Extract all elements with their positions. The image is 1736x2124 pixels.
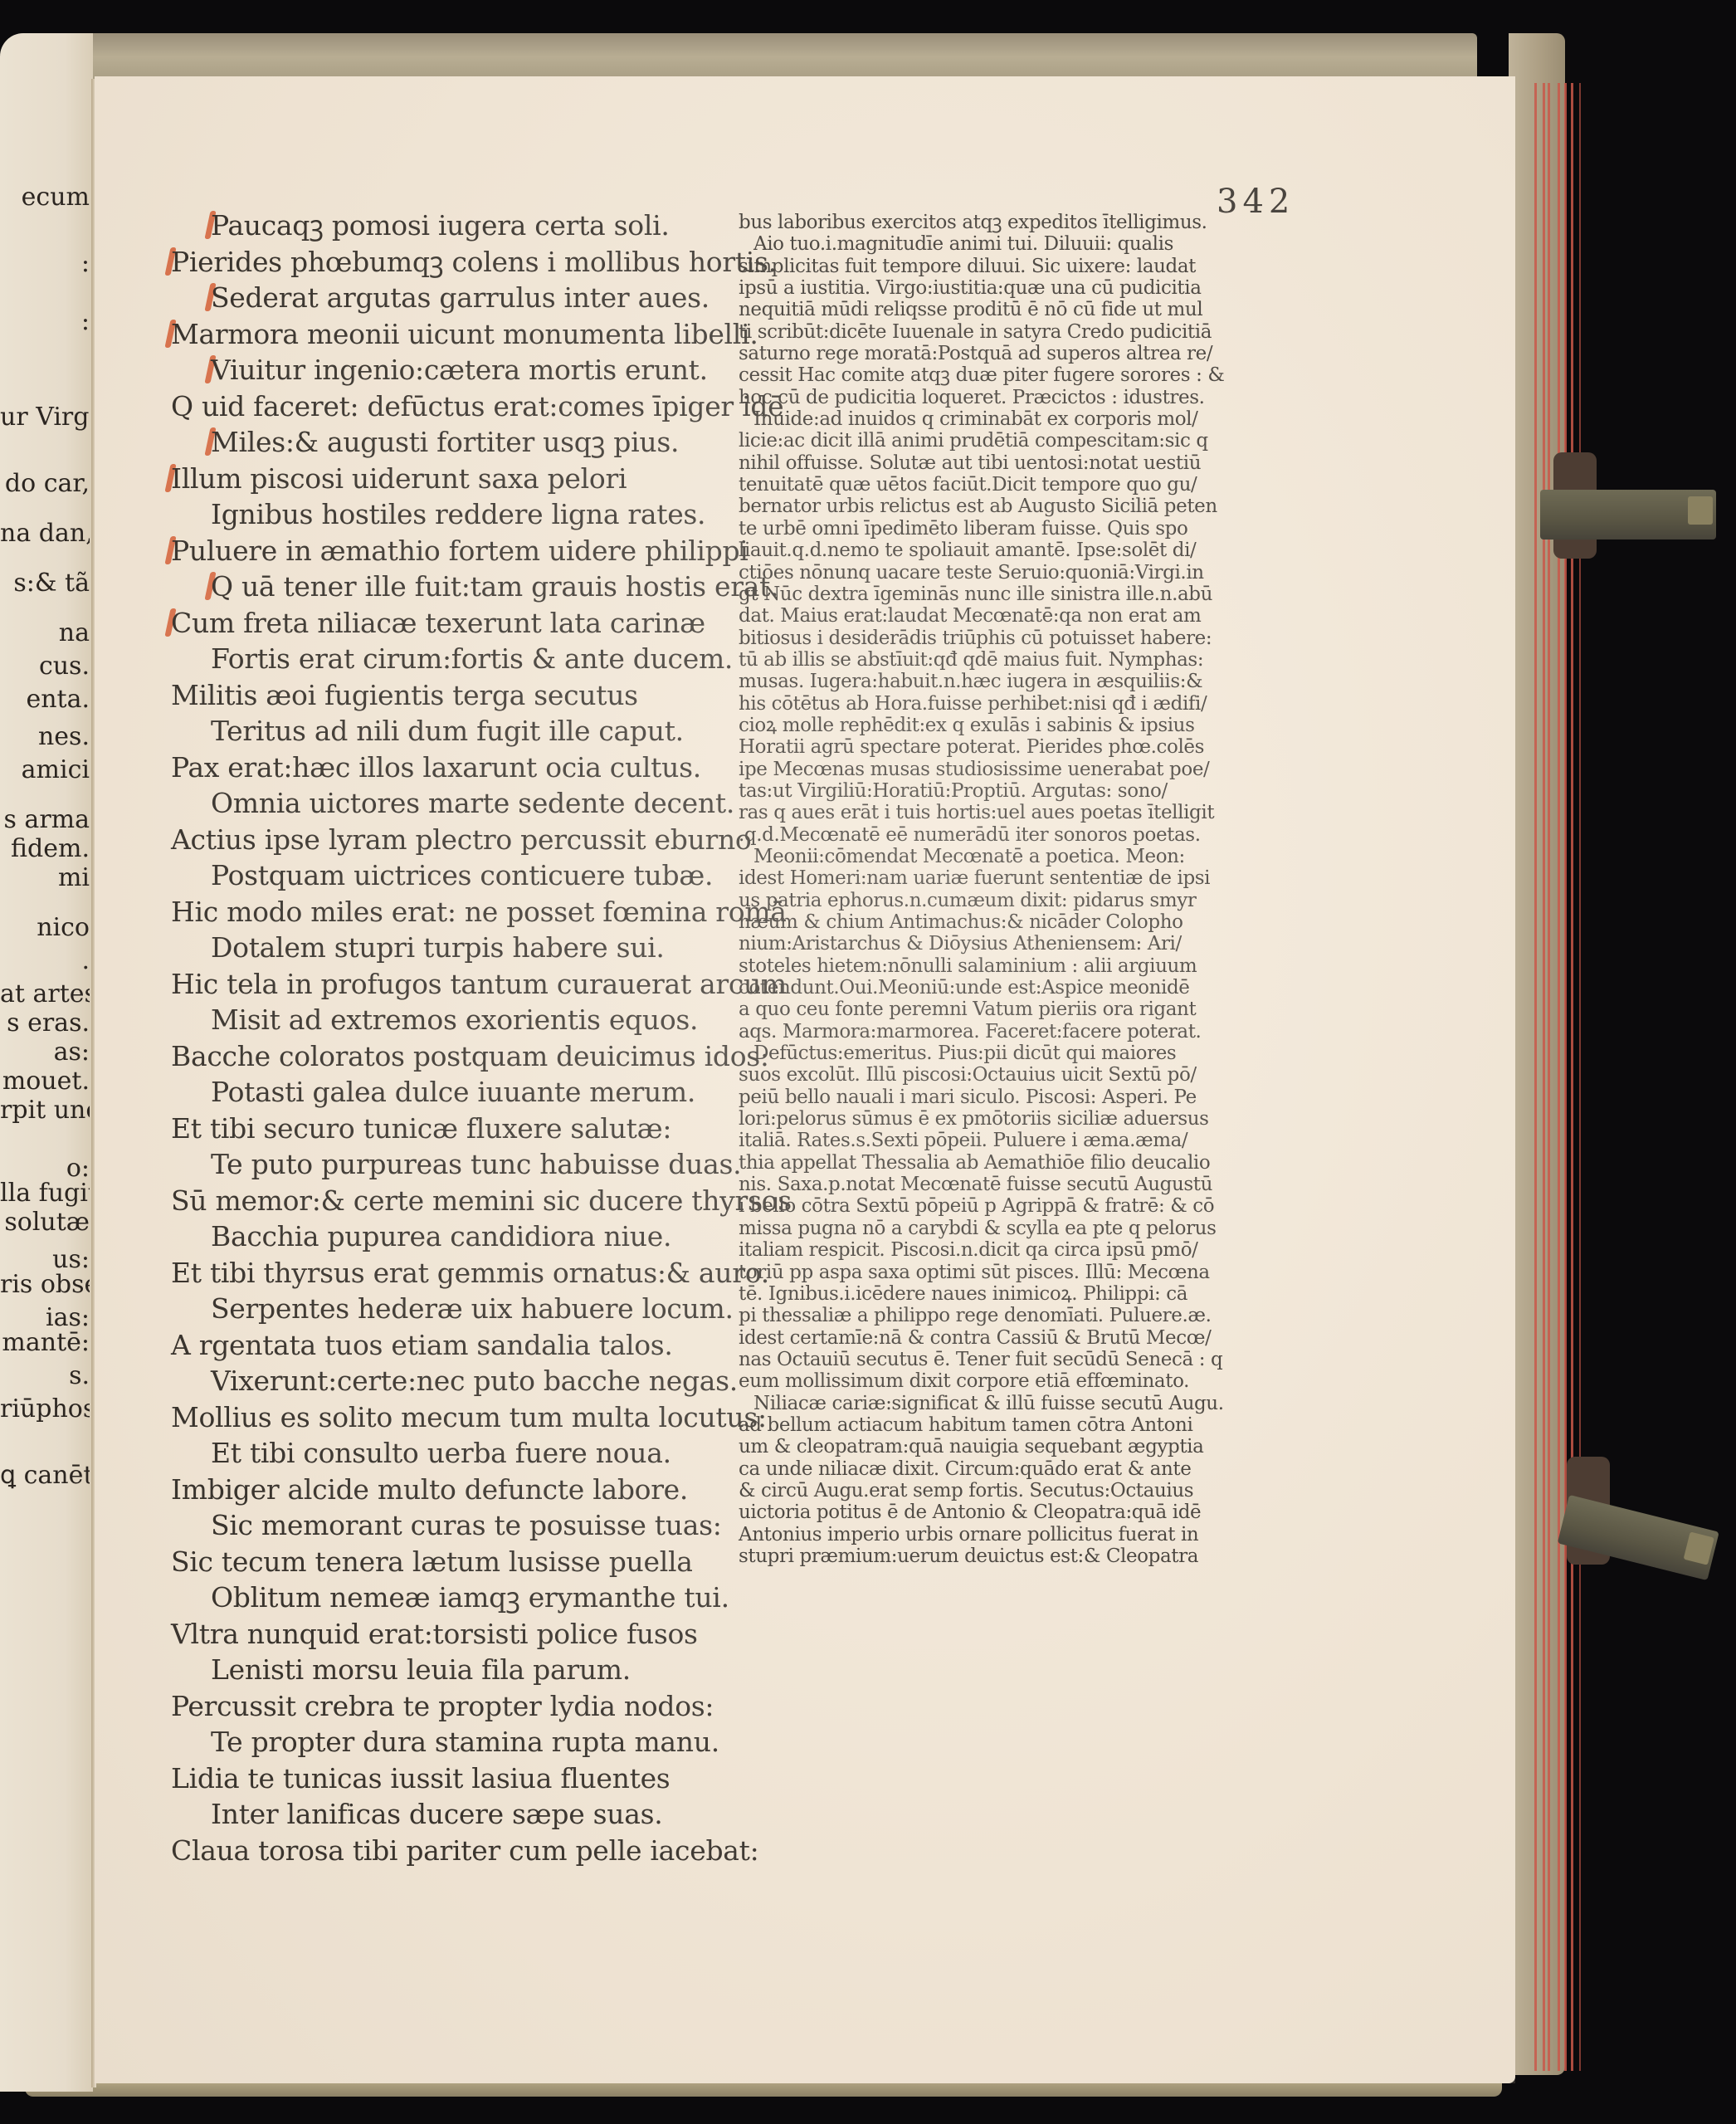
commentary-line: ti scribūt:dicēte Iuuenale in satyra Cre… [739,321,1286,343]
verse-line-text: Sic tecum tenera lætum lusisse puella [171,1545,693,1578]
verse-line: Marmora meonii uicunt monumenta libelli. [171,316,818,353]
verse-line: Postquam uictrices conticuere tubæ. [171,857,818,894]
verse-line: Potasti galea dulce iuuante merum. [171,1074,818,1111]
verse-line-text: Claua torosa tibi pariter cum pelle iace… [171,1834,758,1867]
verse-line-text: Teritus ad nili dum fugit ille caput. [211,715,684,747]
verse-line-text: Fortis erat cirum:fortis & ante ducem. [211,642,733,675]
verse-line: Mollius es solito mecum tum multa locutu… [171,1399,818,1436]
verse-line-text: Dotalem stupri turpis habere sui. [211,931,665,964]
commentary-line: licie:ac dicit illā animi prudētiā compe… [739,430,1286,452]
left-page-fragment: ꝗ canētes [0,1461,90,1490]
verse-line: Vixerunt:certe:nec puto bacche negas. [171,1363,818,1399]
left-page-fragment: s. [0,1361,90,1390]
verse-line: Paucaqꝫ pomosi iugera certa soli. [171,208,818,244]
commentary-line: nas Octauiū secutus ē. Tener fuit secūdū… [739,1349,1286,1370]
verse-line: Sederat argutas garrulus inter aues. [171,280,818,316]
verse-line: Te puto purpureas tunc habuisse duas. [171,1146,818,1183]
left-page-fragment: as: [0,1038,90,1067]
verse-line-text: Q uid faceret: defūctus erat:comes īpige… [171,390,783,422]
commentary-line: ctiōes nōnunq uacare teste Seruio:quoniā… [739,562,1286,583]
commentary-line: stoteles hietem:nōnulli salaminium : ali… [739,955,1286,977]
commentary-line: ipsū a iustitia. Virgo:iustitia:quæ una … [739,277,1286,299]
verse-line: Serpentes hederæ uix habuere locum. [171,1291,818,1327]
commentary-line: gt Nūc dextra īgeminās nunc ille sinistr… [739,583,1286,605]
verse-line-text: Ignibus hostiles reddere ligna rates. [211,498,705,530]
verse-line-text: Actius ipse lyram plectro percussit ebur… [171,823,752,856]
verse-line-text: Lenisti morsu leuia fila parum. [211,1653,631,1686]
commentary-line: ad bellum actiacum habitum tamen cōtra A… [739,1414,1286,1436]
commentary-line: suos excolūt. Illū piscosi:Octauius uici… [739,1064,1286,1086]
commentary-line: nis. Saxa.p.notat Mecœnatē fuisse secutū… [739,1174,1286,1195]
clasp-upper [1540,490,1716,540]
verse-line: Illum piscosi uiderunt saxa pelori [171,461,818,497]
left-page-fragment: rpit uno [0,1096,90,1125]
commentary-line: tū ab illis se abstīuit:qđ qdē maius fui… [739,649,1286,671]
commentary-line: Defūctus:emeritus. Pius:pii dicūt qui ma… [739,1042,1286,1064]
left-page-text-fragments: ecum::ur Virgido car,na dan,s:& tãnacus.… [0,33,93,2092]
verse-line: Inter lanificas ducere sæpe suas. [171,1796,818,1833]
commentary-line: idest Homeri:nam uariæ fuerunt sententiæ… [739,867,1286,889]
clasp-catch-lower [1684,1531,1714,1565]
verse-line-text: Hic tela in profugos tantum curauerat ar… [171,968,787,1000]
verse-line-text: Et tibi thyrsus erat gemmis ornatus:& au… [171,1257,769,1289]
verse-line: Lidia te tunicas iussit lasiua fluentes [171,1760,818,1797]
verse-line-text: Miles:& augusti fortiter usqꝫ pius. [211,426,679,458]
verse-line: Militis æoi fugientis terga secutus [171,677,818,714]
commentary-line: thia appellat Thessalia ab Aemathiōe fil… [739,1152,1286,1174]
commentary-line: tenuitatē quæ uētos faciūt.Dicit tempore… [739,474,1286,496]
verse-line: Pax erat:hæc illos laxarunt ocia cultus. [171,750,818,786]
verse-line: Vltra nunquid erat:torsisti police fusos [171,1616,818,1653]
commentary-line: i bello cōtra Sextū pōpeiū p Agrippā & f… [739,1195,1286,1217]
left-page-fragment: s eras. [0,1008,90,1038]
verse-line-text: Et tibi securo tunicæ fluxere salutæ: [171,1112,671,1145]
verse-line: Teritus ad nili dum fugit ille caput. [171,713,818,750]
verse-line: Bacche coloratos postquam deuicimus idos… [171,1038,818,1075]
commentary-line: Inuide:ad inuidos q criminabāt ex corpor… [739,408,1286,430]
commentary-line: aqs. Marmora:marmorea. Faceret:facere po… [739,1021,1286,1042]
verse-column: Paucaqꝫ pomosi iugera certa soli.Pieride… [171,208,818,1868]
verse-line: Sic memorant curas te posuisse tuas: [171,1507,818,1544]
verse-line-text: Te puto purpureas tunc habuisse duas. [211,1148,741,1180]
left-page-fragment: : [0,249,90,278]
commentary-line: italiam respicit. Piscosi.n.dicit qa cir… [739,1239,1286,1261]
verse-line: Te propter dura stamina rupta manu. [171,1724,818,1760]
commentary-line: tas:ut Virgiliū:Horatiū:Proptiū. Argutas… [739,780,1286,802]
commentary-line: bus laboribus exercitos atqꝫ expeditos ī… [739,212,1286,233]
verse-line: Pierides phœbumqꝫ colens i mollibus hort… [171,244,818,281]
verse-line: Sic tecum tenera lætum lusisse puella [171,1544,818,1580]
verse-line: Misit ad extremos exorientis equos. [171,1002,818,1038]
commentary-line: dat. Maius erat:laudat Mecœnatē:qa non e… [739,605,1286,627]
verse-line-text: Sederat argutas garrulus inter aues. [211,281,710,314]
verse-line: Q uā tener ille fuit:tam grauis hostis e… [171,569,818,605]
left-page-fragment: s:& tã [0,569,90,598]
verse-line-text: Viuitur ingenio:cætera mortis erunt. [211,354,708,386]
verse-line: Dotalem stupri turpis habere sui. [171,930,818,966]
verse-line: Imbiger alcide multo defuncte labore. [171,1472,818,1508]
verse-line-text: Q uā tener ille fuit:tam grauis hostis e… [211,570,778,603]
commentary-line: ras q aues erāt i tuis hortis:uel aues p… [739,802,1286,823]
commentary-line: cessit Hac comite atqꝫ duæ piter fugere … [739,364,1286,386]
commentary-line: his cōtētus ab Hora.fuisse perhibet:nisi… [739,693,1286,715]
commentary-line: ca unde niliacæ dixit. Circum:quādo erat… [739,1458,1286,1480]
verse-line: Et tibi securo tunicæ fluxere salutæ: [171,1111,818,1147]
verse-line-text: Sic memorant curas te posuisse tuas: [211,1509,722,1541]
verse-line: Et tibi consulto uerba fuere noua. [171,1435,818,1472]
commentary-line: peiū bello nauali i mari siculo. Piscosi… [739,1086,1286,1108]
commentary-line: italiā. Rates.s.Sexti pōpeii. Puluere i … [739,1130,1286,1151]
commentary-line: musas. Iugera:habuit.n.hæc iugera in æsq… [739,671,1286,692]
commentary-line: bernator urbis relictus est ab Augusto S… [739,496,1286,517]
clasp-catch-upper [1688,496,1713,525]
left-page-fragment: ur Virgi [0,403,90,432]
commentary-line: missa pugna nō a carybdi & scylla ea pte… [739,1218,1286,1239]
verse-line: Hic modo miles erat: ne posset fœmina ro… [171,894,818,930]
commentary-line: lori:pelorus sūmus ē ex pmōtoriis sicili… [739,1108,1286,1130]
commentary-line: cioꝝ molle rephēdit:ex q exulās i sabini… [739,715,1286,736]
verse-line-text: Misit ad extremos exorientis equos. [211,1003,698,1036]
verse-line: Percussit crebra te propter lydia nodos: [171,1688,818,1725]
commentary-line: idest certamīe:nā & contra Cassiū & Brut… [739,1327,1286,1349]
verse-line: Cum freta niliacæ texerunt lata carinæ [171,605,818,642]
left-page-fragment: s arma [0,805,90,834]
verse-line: Actius ipse lyram plectro percussit ebur… [171,822,818,858]
verse-line-text: Te propter dura stamina rupta manu. [211,1726,719,1758]
verse-line-text: A rgentata tuos etiam sandalia talos. [171,1329,673,1361]
commentary-line: Aio tuo.i.magnitudīe animi tui. Diluuii:… [739,233,1286,255]
left-page-fragment: na dan, [0,519,90,548]
commentary-line: .q.d.Mecœnatē eē numerādū iter sonoros p… [739,824,1286,846]
commentary-line: toriū pp aspa saxa optimi sūt pisces. Il… [739,1262,1286,1283]
verse-line-text: Hic modo miles erat: ne posset fœmina ro… [171,896,787,928]
verse-line-text: Illum piscosi uiderunt saxa pelori [171,462,627,495]
left-page-fragment: . [0,946,90,975]
verse-line-text: Inter lanificas ducere sæpe suas. [211,1798,662,1830]
verse-line-text: Potasti galea dulce iuuante merum. [211,1076,695,1108]
verse-line-text: Oblitum nemeæ iamqꝫ erymanthe tui. [211,1581,729,1614]
verse-line: Hic tela in profugos tantum curauerat ar… [171,966,818,1003]
verse-line-text: Bacchia pupurea candidiora niue. [211,1220,671,1252]
left-page-fragment: enta. [0,685,90,714]
verse-line-text: Serpentes hederæ uix habuere locum. [211,1292,734,1325]
left-page-fragment: nes. [0,722,90,751]
left-page-fragment: mouet. [0,1067,90,1096]
commentary-line: tē. Ignibus.i.icēdere naues inimicoꝝ. Ph… [739,1283,1286,1305]
verse-line-text: Sū memor:& certe memini sic ducere thyrs… [171,1184,792,1217]
commentary-line: Antonius imperio urbis ornare pollicitus… [739,1524,1286,1545]
commentary-line: us patria ephorus.n.cumæum dixit: pidaru… [739,890,1286,911]
verse-line-text: Marmora meonii uicunt monumenta libelli. [171,318,758,350]
verse-line: Q uid faceret: defūctus erat:comes īpige… [171,388,818,425]
verse-line-text: Lidia te tunicas iussit lasiua fluentes [171,1762,670,1794]
commentary-line: hoc cū de pudicitia loqueret. Præcictos … [739,387,1286,408]
verse-line: Fortis erat cirum:fortis & ante ducem. [171,641,818,677]
commentary-line: eum mollissimum dixit corpore etiā effœm… [739,1370,1286,1392]
commentary-line: Niliacæ cariæ:significat & illū fuisse s… [739,1393,1286,1414]
commentary-line: nium:Aristarchus & Diōysius Atheniensem:… [739,933,1286,955]
left-page-fragment: at artes [0,979,90,1008]
verse-line-text: Bacche coloratos postquam deuicimus idos… [171,1040,769,1072]
commentary-line: ipe Mecœnas musas studiosissime ueneraba… [739,759,1286,780]
commentary-line: cōtendunt.Oui.Meoniū:unde est:Aspice meo… [739,977,1286,999]
verse-line-text: Postquam uictrices conticuere tubæ. [211,859,713,891]
commentary-line: stupri præmium:uerum deuictus est:& Cleo… [739,1545,1286,1567]
left-page-fragment: mantē: [0,1328,90,1357]
verse-line: Claua torosa tibi pariter cum pelle iace… [171,1833,818,1869]
left-page-fragment: mi [0,863,90,892]
commentary-line: saturno rege moratā:Postquā ad superos a… [739,343,1286,364]
commentary-line: Horatii agrū spectare poterat. Pierides … [739,736,1286,758]
left-page-fragment: ris obses: [0,1270,90,1299]
verse-line: Et tibi thyrsus erat gemmis ornatus:& au… [171,1255,818,1291]
left-page-verso: ecum::ur Virgido car,na dan,s:& tãnacus.… [0,33,93,2092]
left-page-fragment: ecum [0,183,90,212]
verse-line: Viuitur ingenio:cætera mortis erunt. [171,352,818,388]
verse-line-text: Cum freta niliacæ texerunt lata carinæ [171,607,705,639]
verse-line-text: Percussit crebra te propter lydia nodos: [171,1690,714,1722]
verse-line: Sū memor:& certe memini sic ducere thyrs… [171,1183,818,1219]
commentary-line: pi thessaliæ a philippo rege denomīati. … [739,1305,1286,1326]
right-page-recto: 342 Paucaqꝫ pomosi iugera certa soli.Pie… [95,76,1515,2083]
verse-line: Lenisti morsu leuia fila parum. [171,1652,818,1688]
left-page-fragment: do car, [0,469,90,498]
left-page-fragment: cus. [0,652,90,681]
left-page-fragment: na [0,618,90,647]
left-page-fragment: fidem. [0,834,90,863]
commentary-line: simplicitas fuit tempore diluui. Sic uix… [739,256,1286,277]
verse-line-text: Imbiger alcide multo defuncte labore. [171,1473,688,1506]
commentary-column: bus laboribus exercitos atqꝫ expeditos ī… [739,212,1286,1567]
verse-line: Omnia uictores marte sedente decent. [171,785,818,822]
verse-line: A rgentata tuos etiam sandalia talos. [171,1327,818,1364]
verse-line-text: Et tibi consulto uerba fuere noua. [211,1437,671,1469]
left-page-fragment: solutæ [0,1208,90,1237]
verse-line-text: Pax erat:hæc illos laxarunt ocia cultus. [171,751,701,784]
left-page-fragment: nico [0,913,90,942]
left-page-fragment: amici [0,755,90,784]
verse-line-text: Vltra nunquid erat:torsisti police fusos [171,1618,698,1650]
verse-line: Bacchia pupurea candidiora niue. [171,1218,818,1255]
commentary-line: um & cleopatram:quā nauigia sequebant æg… [739,1436,1286,1458]
verse-line-text: Vixerunt:certe:nec puto bacche negas. [211,1365,738,1397]
verse-line-text: Puluere in æmathio fortem uidere philipp… [171,535,749,567]
commentary-line: bitiosus i desiderādis triūphis cū potui… [739,627,1286,649]
verse-line-text: Omnia uictores marte sedente decent. [211,787,734,819]
commentary-line: a quo ceu fonte peremni Vatum pieriis or… [739,999,1286,1020]
verse-line: Oblitum nemeæ iamqꝫ erymanthe tui. [171,1580,818,1616]
commentary-line: te urbē omni īpedimēto liberam fuisse. Q… [739,518,1286,540]
left-page-fragment: : [0,307,90,336]
verse-line: Puluere in æmathio fortem uidere philipp… [171,533,818,569]
commentary-line: Meonii:cōmendat Mecœnatē a poetica. Meon… [739,846,1286,867]
verse-line: Ignibus hostiles reddere ligna rates. [171,496,818,533]
left-page-fragment: riūphos [0,1394,90,1423]
left-page-fragment: lla fugit. [0,1179,90,1208]
verse-line-text: Mollius es solito mecum tum multa locutu… [171,1401,767,1433]
commentary-line: nequitiā mūdi reliqsse proditū ē nō cū f… [739,299,1286,320]
commentary-line: uictoria potitus ē de Antonio & Cleopatr… [739,1501,1286,1523]
verse-line-text: Paucaqꝫ pomosi iugera certa soli. [211,209,670,242]
verse-line: Miles:& augusti fortiter usqꝫ pius. [171,424,818,461]
commentary-line: liauit.q.d.nemo te spoliauit amantē. Ips… [739,540,1286,561]
fore-edge-red-lines [1528,83,1589,2071]
verse-line-text: Militis æoi fugientis terga secutus [171,679,638,711]
commentary-line: nihil offuisse. Solutæ aut tibi uentosi:… [739,452,1286,474]
commentary-line: næum & chium Antimachus:& nicāder Coloph… [739,911,1286,933]
verse-line-text: Pierides phœbumqꝫ colens i mollibus hort… [171,246,777,278]
commentary-line: & circū Augu.erat semp fortis. Secutus:O… [739,1480,1286,1501]
